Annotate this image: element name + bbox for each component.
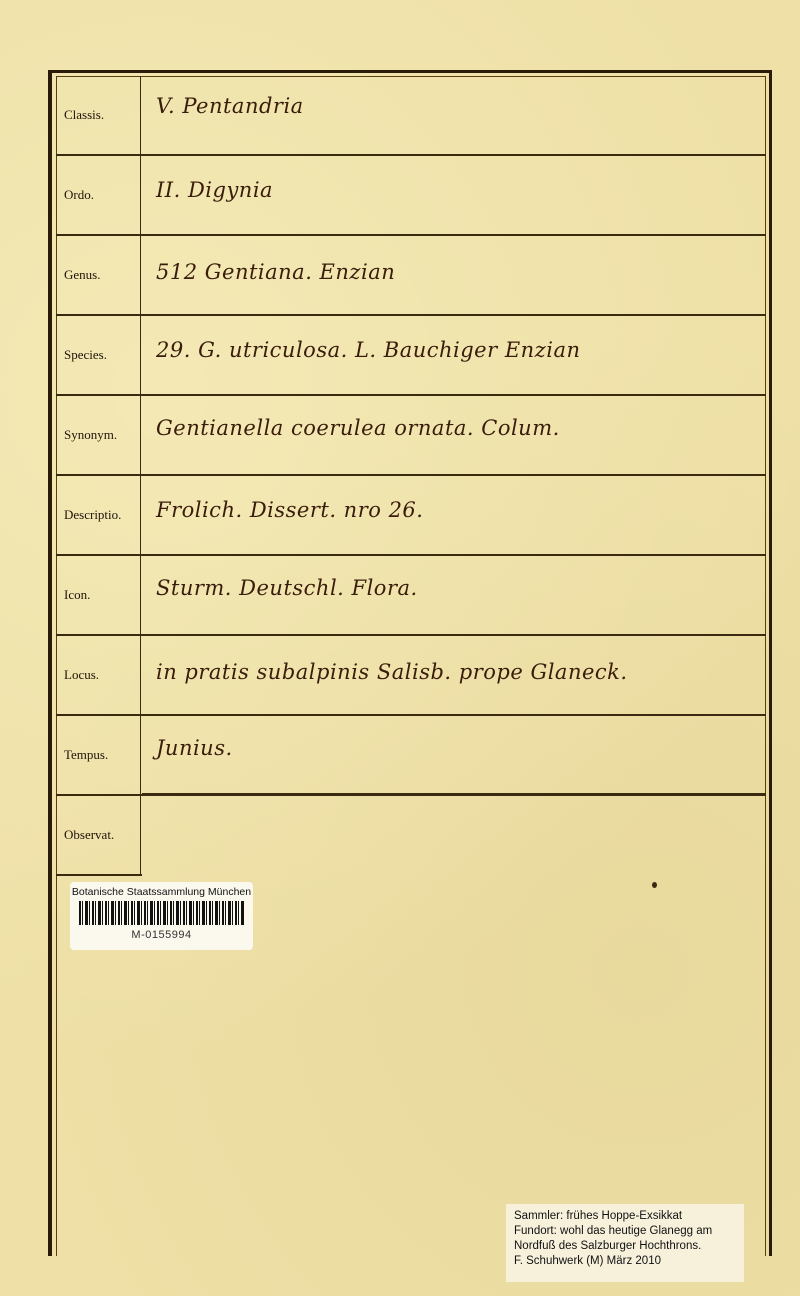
specimen-code: M-0155994 [70,929,253,941]
value-tempus: Junius. [156,736,756,760]
institution-name: Botanische Staatssammlung München [70,886,253,898]
label-locus: Locus. [56,636,141,714]
value-species: 29. G. utriculosa. L. Bauchiger Enzian [156,338,756,362]
row-icon: Icon. Sturm. Deutschl. Flora. [56,556,766,636]
row-classis: Classis. V. Pentandria [56,76,766,156]
ink-speck [652,882,657,888]
note-line: F. Schuhwerk (M) März 2010 [514,1254,736,1269]
value-ordo: II. Digynia [156,178,756,202]
row-locus: Locus. in pratis subalpinis Salisb. prop… [56,636,766,716]
label-ordo: Ordo. [56,156,141,234]
row-species: Species. 29. G. utriculosa. L. Bauchiger… [56,316,766,396]
row-synonym: Synonym. Gentianella coerulea ornata. Co… [56,396,766,476]
value-icon: Sturm. Deutschl. Flora. [156,576,756,600]
note-line: Sammler: frühes Hoppe-Exsikkat [514,1209,736,1224]
label-icon: Icon. [56,556,141,634]
label-classis: Classis. [56,76,141,154]
row-ordo: Ordo. II. Digynia [56,156,766,236]
value-classis: V. Pentandria [156,94,756,118]
row-genus: Genus. 512 Gentiana. Enzian [56,236,766,316]
label-observat: Observat. [56,796,141,874]
annotation-label: Sammler: frühes Hoppe-Exsikkat Fundort: … [506,1204,744,1282]
label-descriptio: Descriptio. [56,476,141,554]
value-locus: in pratis subalpinis Salisb. prope Glane… [156,660,756,684]
note-line: Nordfuß des Salzburger Hochthrons. [514,1239,736,1254]
label-tempus: Tempus. [56,716,141,794]
label-synonym: Synonym. [56,396,141,474]
value-synonym: Gentianella coerulea ornata. Colum. [156,416,756,440]
value-descriptio: Frolich. Dissert. nro 26. [156,498,756,522]
label-species: Species. [56,316,141,394]
value-genus: 512 Gentiana. Enzian [156,260,756,284]
observat-top-rule [142,793,766,796]
note-line: Fundort: wohl das heutige Glanegg am [514,1224,736,1239]
row-tempus: Tempus. Junius. [56,716,766,796]
label-genus: Genus. [56,236,141,314]
barcode-label: Botanische Staatssammlung München M-0155… [70,882,253,950]
row-observat: Observat. [56,796,142,876]
row-descriptio: Descriptio. Frolich. Dissert. nro 26. [56,476,766,556]
barcode-icon [79,901,244,925]
